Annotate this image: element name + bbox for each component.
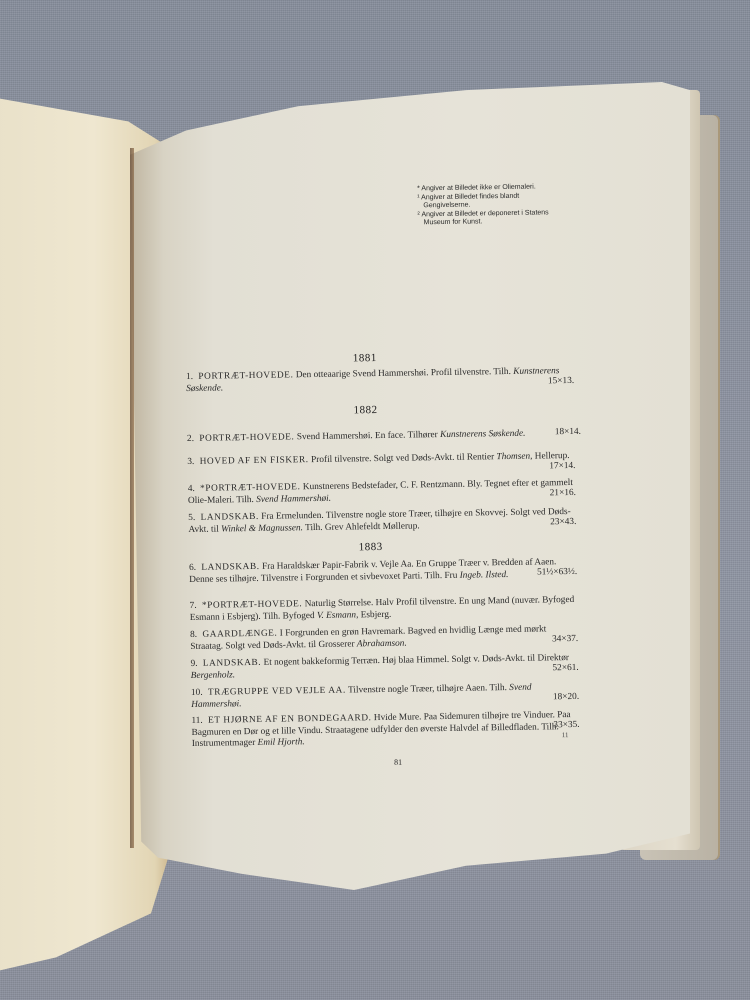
- year-heading: 1881: [353, 352, 377, 364]
- catalogue-entry: 3. HOVED AF EN FISKER. Profil tilvenstre…: [187, 451, 575, 469]
- page-number: 81: [394, 758, 402, 767]
- catalogue-entry: 4. *PORTRÆT-HOVEDE. Kunstnerens Bedstefa…: [188, 478, 576, 507]
- catalogue-entry: 8. GAARDLÆNGE. I Forgrunden en grøn Havr…: [190, 624, 578, 653]
- catalogue-entry: 7. *PORTRÆT-HOVEDE. Naturlig Størrelse. …: [190, 595, 578, 624]
- catalogue-entry: 10. TRÆGRUPPE VED VEJLE AA. Tilvenstre n…: [191, 682, 579, 711]
- catalogue-entry: 6. LANDSKAB. Fra Haraldskær Papir-Fabrik…: [189, 557, 577, 586]
- catalogue-entry: 2. PORTRÆT-HOVEDE. Svend Hammershøi. En …: [187, 428, 575, 446]
- catalogue-entry: 1. PORTRÆT-HOVEDE. Den otteaarige Svend …: [186, 366, 574, 395]
- footnotes: * Angiver at Billedet ikke er Oliemaleri…: [417, 183, 568, 228]
- signature-mark: 11: [562, 731, 569, 739]
- catalogue-entry: 9. LANDSKAB. Et nogent bakkeformig Terræ…: [190, 653, 578, 682]
- year-heading: 1883: [359, 541, 383, 553]
- page-text: * Angiver at Billedet ikke er Oliemaleri…: [0, 0, 750, 1000]
- catalogue-entry: 5. LANDSKAB. Fra Ermelunden. Tilvenstre …: [188, 507, 576, 536]
- catalogue-entry: 11. ET HJØRNE AF EN BONDEGAARD. Hvide Mu…: [191, 710, 579, 751]
- year-heading: 1882: [353, 404, 377, 416]
- footnote: ² Angiver at Billedet er deponeret i Sta…: [417, 209, 567, 228]
